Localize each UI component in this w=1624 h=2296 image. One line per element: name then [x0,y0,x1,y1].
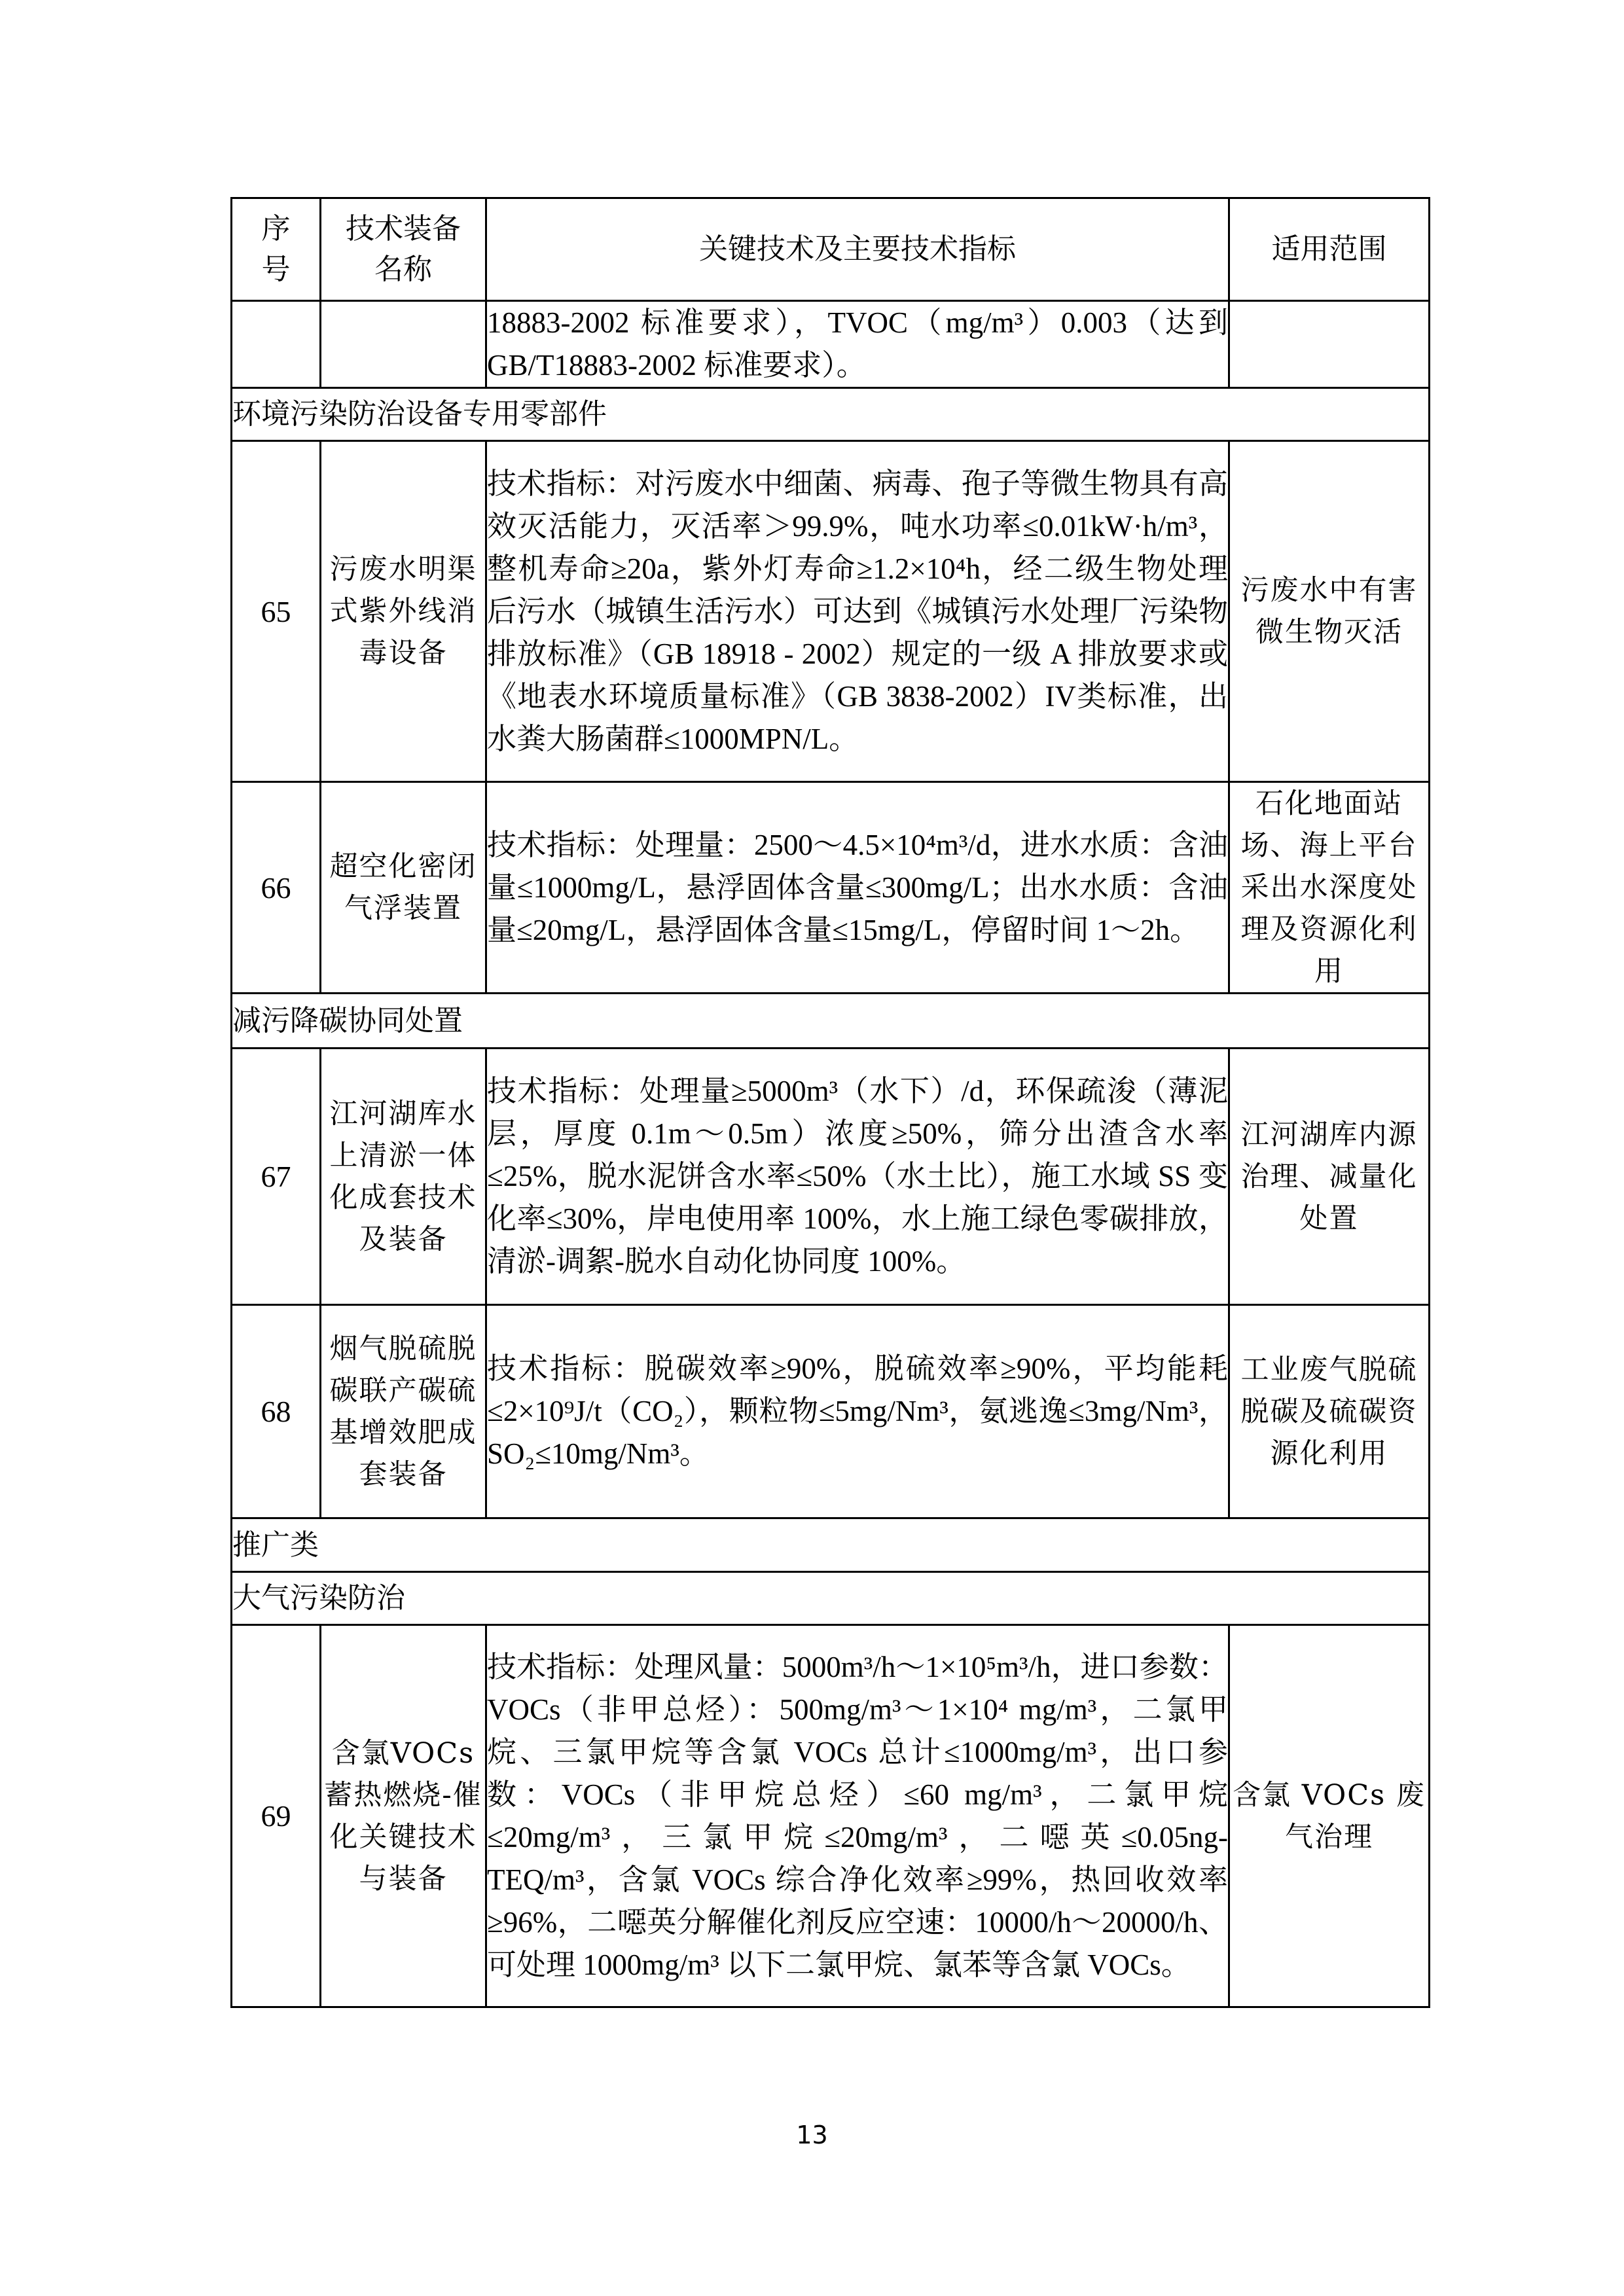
section-row: 推广类 [232,1518,1430,1572]
table-header-row: 序号 技术装备名称 关键技术及主要技术指标 适用范围 [232,198,1430,301]
header-seq: 序号 [232,198,321,301]
cell-tech-continuation: 18883-2002 标准要求），TVOC（mg/m³）0.003（达到 GB/… [486,301,1229,388]
cell-scope: 江河湖库内源治理、减量化处置 [1229,1049,1430,1305]
cell-seq: 66 [232,782,321,994]
cell-tech: 技术指标：处理量≥5000m³（水下）/d，环保疏浚（薄泥层，厚度 0.1m～0… [486,1049,1229,1305]
cell-scope: 石化地面站场、海上平台采出水深度处理及资源化利用 [1229,782,1430,994]
continuation-row: 18883-2002 标准要求），TVOC（mg/m³）0.003（达到 GB/… [232,301,1430,388]
table-row: 67 江河湖库水上清淤一体化成套技术及装备 技术指标：处理量≥5000m³（水下… [232,1049,1430,1305]
document-page: 序号 技术装备名称 关键技术及主要技术指标 适用范围 18883-2002 标准… [0,0,1624,2296]
cell-seq: 69 [232,1625,321,2007]
cell-scope: 工业废气脱硫脱碳及硫碳资源化利用 [1229,1305,1430,1518]
cell-seq: 67 [232,1049,321,1305]
cell-name: 含氯VOCs 蓄热燃烧-催化关键技术与装备 [321,1625,486,2007]
cell-name: 污废水明渠式紫外线消毒设备 [321,441,486,782]
cell-name-empty [321,301,486,388]
section-title: 环境污染防治设备专用零部件 [232,388,1430,441]
page-number: 13 [0,2121,1624,2149]
cell-scope: 含氯 VOCs 废气治理 [1229,1625,1430,2007]
cell-tech: 技术指标：对污废水中细菌、病毒、孢子等微生物具有高效灭活能力，灭活率＞99.9%… [486,441,1229,782]
cell-seq: 65 [232,441,321,782]
table-row: 66 超空化密闭气浮装置 技术指标：处理量：2500～4.5×10⁴m³/d，进… [232,782,1430,994]
section-row: 大气污染防治 [232,1572,1430,1625]
cell-tech: 技术指标：处理风量：5000m³/h～1×10⁵m³/h，进口参数：VOCs（非… [486,1625,1229,2007]
cell-name: 江河湖库水上清淤一体化成套技术及装备 [321,1049,486,1305]
table-row: 68 烟气脱硫脱碳联产碳硫基增效肥成套装备 技术指标：脱碳效率≥90%，脱硫效率… [232,1305,1430,1518]
cell-scope-empty [1229,301,1430,388]
cell-name: 超空化密闭气浮装置 [321,782,486,994]
cell-seq: 68 [232,1305,321,1518]
section-row: 减污降碳协同处置 [232,994,1430,1049]
technology-equipment-table: 序号 技术装备名称 关键技术及主要技术指标 适用范围 18883-2002 标准… [230,197,1430,2008]
cell-scope: 污废水中有害微生物灭活 [1229,441,1430,782]
section-title: 大气污染防治 [232,1572,1430,1625]
table-row: 65 污废水明渠式紫外线消毒设备 技术指标：对污废水中细菌、病毒、孢子等微生物具… [232,441,1430,782]
section-title: 减污降碳协同处置 [232,994,1430,1049]
table-row: 69 含氯VOCs 蓄热燃烧-催化关键技术与装备 技术指标：处理风量：5000m… [232,1625,1430,2007]
header-scope: 适用范围 [1229,198,1430,301]
cell-tech: 技术指标：处理量：2500～4.5×10⁴m³/d，进水水质：含油量≤1000m… [486,782,1229,994]
cell-name: 烟气脱硫脱碳联产碳硫基增效肥成套装备 [321,1305,486,1518]
section-row: 环境污染防治设备专用零部件 [232,388,1430,441]
header-tech: 关键技术及主要技术指标 [486,198,1229,301]
cell-seq-empty [232,301,321,388]
section-title: 推广类 [232,1518,1430,1572]
header-name: 技术装备名称 [321,198,486,301]
cell-tech: 技术指标：脱碳效率≥90%，脱硫效率≥90%，平均能耗≤2×10⁹J/t（CO₂… [486,1305,1229,1518]
